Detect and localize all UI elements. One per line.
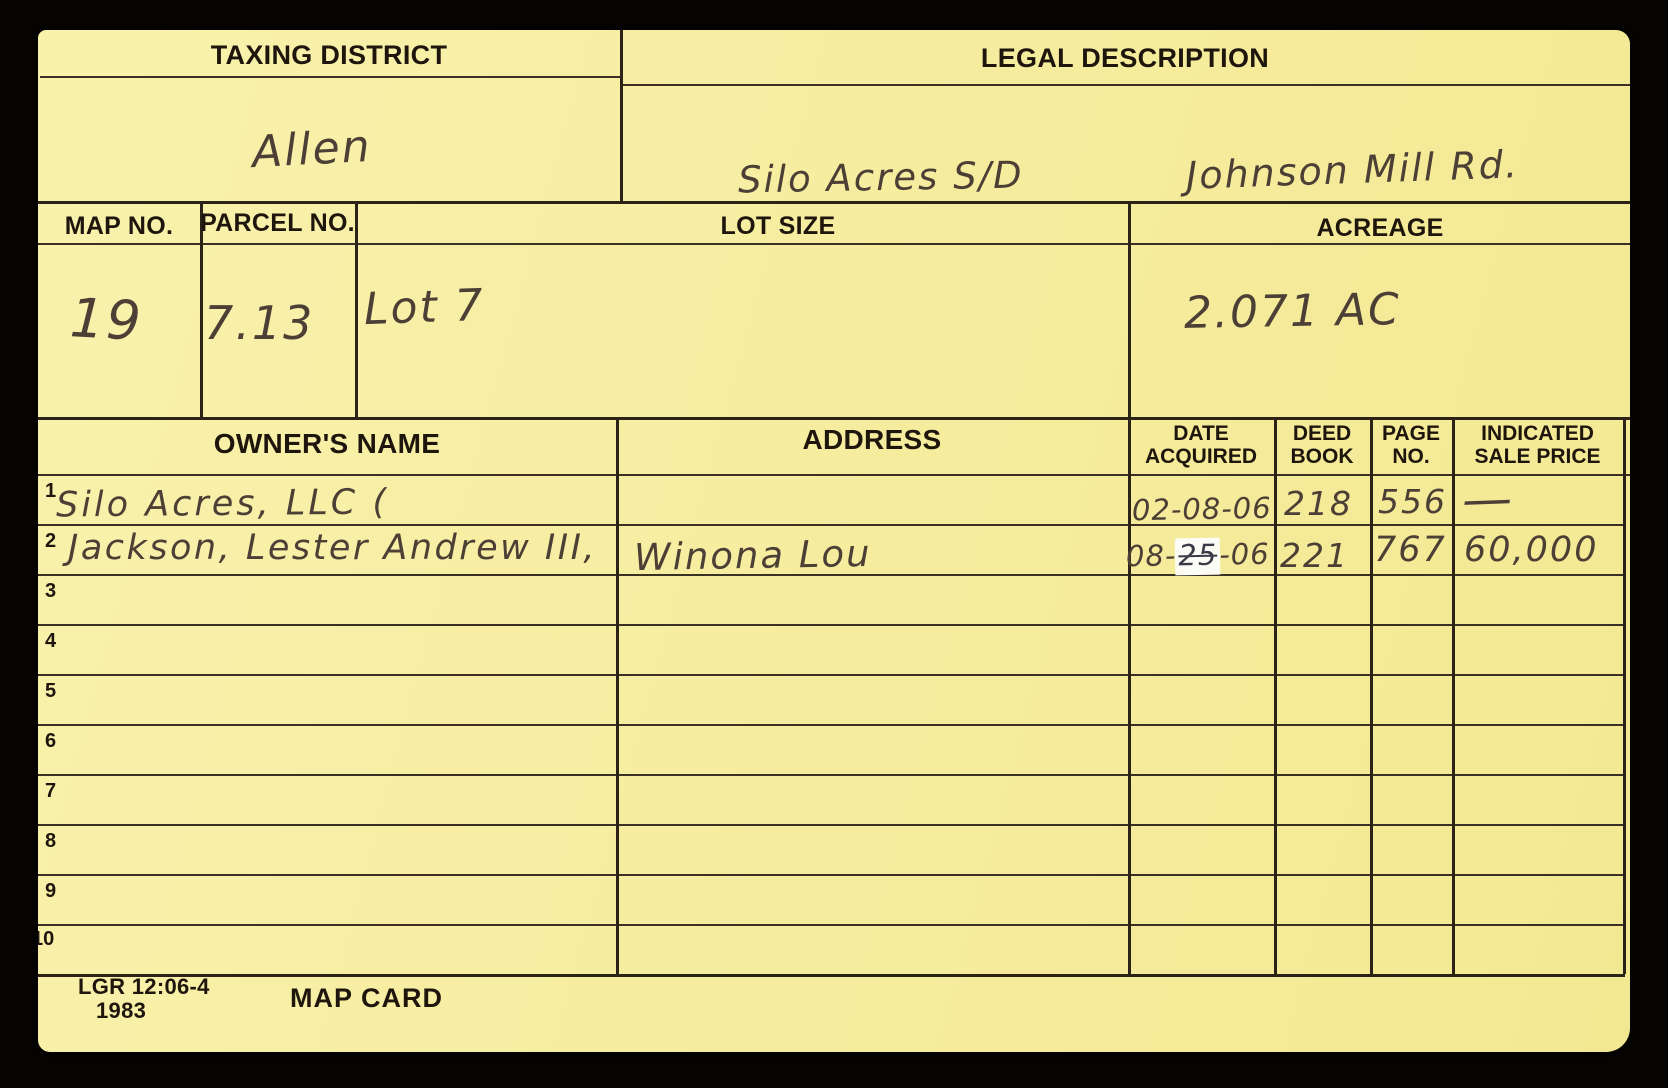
- address-entry-row2: Winona Lou: [634, 532, 872, 579]
- grid-line: [38, 624, 1625, 626]
- deed-book-entry-row2: 221: [1280, 536, 1349, 575]
- page-no-entry-row1: 556: [1378, 482, 1447, 521]
- grid-line: [38, 774, 1625, 776]
- date-corrected-over-whiteout: 25: [1176, 538, 1219, 573]
- date-prefix: 08-: [1126, 538, 1177, 573]
- owner-entry-row2: Jackson, Lester Andrew III,: [68, 528, 597, 568]
- address-header: ADDRESS: [616, 424, 1128, 456]
- grid-line: [616, 417, 619, 974]
- row-number: 2: [45, 530, 56, 553]
- card-title: MAP CARD: [290, 983, 443, 1014]
- row-number: 4: [45, 630, 56, 653]
- page-no-entry-row2: 767: [1374, 530, 1447, 570]
- grid-line: [38, 474, 1630, 476]
- row-number: 8: [45, 830, 56, 853]
- form-year: 1983: [96, 998, 146, 1024]
- map-no-value: 19: [68, 286, 144, 353]
- grid-line: [38, 924, 1625, 926]
- deed-book-header-line2: BOOK: [1274, 445, 1370, 468]
- row-number: 5: [45, 680, 56, 703]
- map-card: TAXING DISTRICT LEGAL DESCRIPTION MAP NO…: [38, 30, 1630, 1052]
- owners-name-header: OWNER'S NAME: [38, 428, 616, 460]
- grid-line: [38, 824, 1625, 826]
- date-acquired-entry-row2: 08-25-06: [1126, 537, 1270, 574]
- grid-line: [38, 974, 1625, 977]
- acreage-label: ACREAGE: [1130, 214, 1630, 243]
- deed-book-entry-row1: 218: [1284, 484, 1353, 523]
- grid-line: [38, 201, 1630, 204]
- grid-line: [38, 417, 1630, 420]
- taxing-district-value: Allen: [251, 121, 373, 178]
- date-suffix: -06: [1219, 537, 1270, 572]
- date-acquired-entry-row1: 02-08-06: [1132, 491, 1272, 527]
- deed-book-header-line1: DEED: [1274, 422, 1370, 445]
- grid-line: [1452, 417, 1455, 974]
- legal-description-subdivision-value: Silo Acres S/D: [738, 154, 1024, 202]
- sale-price-entry-row1: —: [1461, 469, 1515, 529]
- legal-description-label: LEGAL DESCRIPTION: [620, 43, 1630, 74]
- grid-line: [1370, 417, 1373, 974]
- grid-line: [620, 84, 1630, 86]
- row-number: 7: [45, 780, 56, 803]
- grid-line: [40, 76, 620, 78]
- scan-background: TAXING DISTRICT LEGAL DESCRIPTION MAP NO…: [0, 0, 1668, 1088]
- grid-line: [1274, 417, 1277, 974]
- grid-line: [355, 201, 358, 417]
- row-number: 10: [38, 928, 54, 951]
- form-code: LGR 12:06-4: [78, 974, 210, 1000]
- date-acquired-header: DATE ACQUIRED: [1128, 422, 1274, 468]
- date-acquired-header-line1: DATE: [1128, 422, 1274, 445]
- sale-price-header: INDICATED SALE PRICE: [1452, 422, 1623, 468]
- deed-book-header: DEED BOOK: [1274, 422, 1370, 468]
- taxing-district-label: TAXING DISTRICT: [38, 40, 620, 71]
- acreage-value: 2.071 AC: [1184, 284, 1402, 339]
- sale-price-header-line1: INDICATED: [1452, 422, 1623, 445]
- grid-line: [38, 874, 1625, 876]
- row-number: 9: [45, 880, 56, 903]
- map-no-label: MAP NO.: [38, 212, 200, 241]
- sale-price-header-line2: SALE PRICE: [1452, 445, 1623, 468]
- row-number: 1: [45, 480, 56, 503]
- row-number: 3: [45, 580, 56, 603]
- parcel-no-label: PARCEL NO.: [200, 209, 355, 238]
- grid-line: [38, 674, 1625, 676]
- parcel-no-value: 7.13: [204, 296, 314, 350]
- grid-line: [1623, 417, 1626, 974]
- page-no-header: PAGE NO.: [1370, 422, 1452, 468]
- page-no-header-line1: PAGE: [1370, 422, 1452, 445]
- grid-line: [1128, 417, 1131, 974]
- date-acquired-header-line2: ACQUIRED: [1128, 445, 1274, 468]
- lot-size-value: Lot 7: [363, 280, 485, 335]
- row-number: 6: [45, 730, 56, 753]
- grid-line: [38, 524, 1625, 526]
- grid-line: [38, 724, 1625, 726]
- legal-description-road-value: Johnson Mill Rd.: [1185, 142, 1519, 198]
- page-no-header-line2: NO.: [1370, 445, 1452, 468]
- sale-price-entry-row2: 60,000: [1464, 530, 1598, 570]
- lot-size-label: LOT SIZE: [398, 212, 1158, 241]
- owner-entry-row1: Silo Acres, LLC (: [56, 483, 389, 526]
- grid-line: [38, 243, 1630, 245]
